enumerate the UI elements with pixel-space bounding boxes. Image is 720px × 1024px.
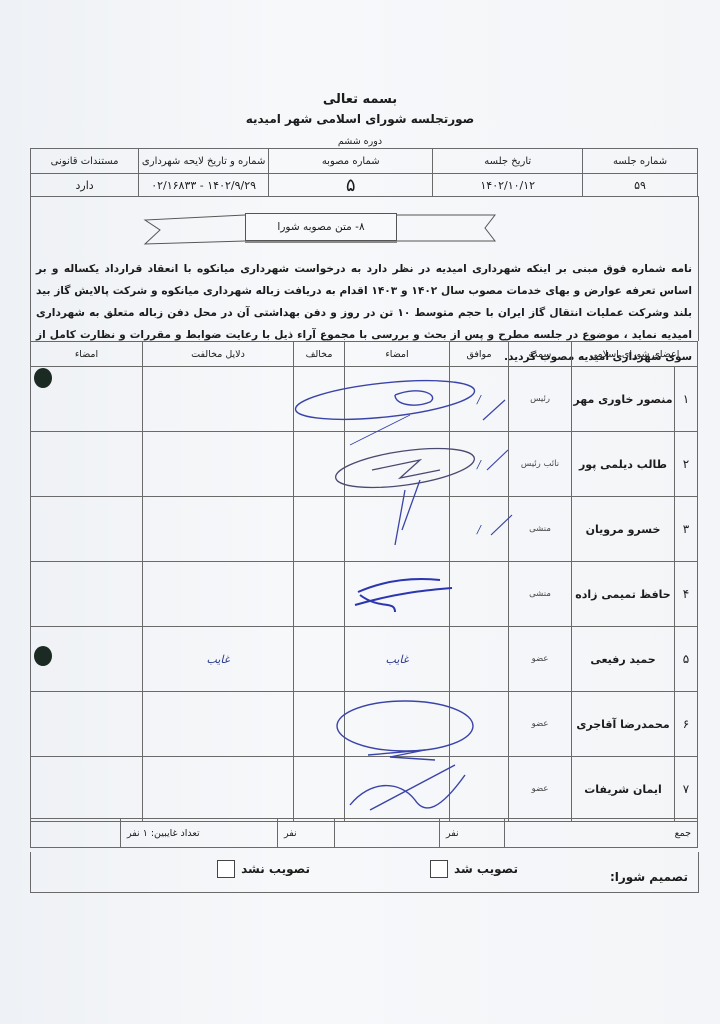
decision-label: تصمیم شورا: (610, 870, 688, 884)
table-row: ۴ حافظ تمیمی زاده منشی (31, 562, 698, 627)
row-number: ۶ (675, 692, 698, 757)
row-number: ۲ (675, 432, 698, 497)
total-label: جمع (505, 819, 698, 848)
member-position: عضو (509, 757, 572, 822)
agree-signature-total (335, 819, 440, 848)
member-position: منشی (509, 562, 572, 627)
agree-mark: / (450, 432, 509, 497)
member-name: منصور خاوری مهر (572, 367, 675, 432)
member-position: عضو (509, 692, 572, 757)
absent-note: غایب (143, 627, 294, 692)
member-name: طالب دیلمی پور (572, 432, 675, 497)
col-header-oppose: مخالف (294, 342, 345, 367)
meta-header: شماره و تاریخ لایحه شهرداری (139, 149, 269, 174)
invocation: بسمه تعالی (0, 92, 720, 107)
meta-table: شماره جلسه تاریخ جلسه شماره مصوبه شماره … (30, 148, 698, 197)
bill-number-date: ۱۴۰۲/۹/۲۹ - ۰۲/۱۶۸۳۳ (139, 174, 269, 197)
rejected-option[interactable]: تصویب نشد (217, 860, 310, 878)
col-header-position: سمت (509, 342, 572, 367)
oppose-cell (294, 562, 345, 627)
summary-table: جمع نفر نفر تعداد غایبین: ۱ نفر (30, 818, 698, 848)
col-header-reasons: دلایل مخالفت (143, 342, 294, 367)
oppose-cell (294, 757, 345, 822)
agree-mark: / (450, 497, 509, 562)
meta-header: تاریخ جلسه (433, 149, 583, 174)
approved-option[interactable]: تصویب شد (430, 860, 518, 878)
col-header-signature: امضاء (345, 342, 450, 367)
agree-mark (450, 692, 509, 757)
summary-blank (31, 819, 121, 848)
oppose-cell (294, 692, 345, 757)
document-title: صورتجلسه شورای اسلامی شهر امیدیه (0, 112, 720, 126)
meta-header: شماره مصوبه (269, 149, 433, 174)
member-name: خسرو مرویان (572, 497, 675, 562)
agree-mark (450, 757, 509, 822)
col-header-signature-2: امضاء (31, 342, 143, 367)
agree-mark (450, 562, 509, 627)
agree-mark (450, 627, 509, 692)
rejected-label: تصویب نشد (241, 862, 310, 876)
signature-2-cell (31, 757, 143, 822)
signature-cell (345, 692, 450, 757)
legal-documents: دارد (31, 174, 139, 197)
member-position: منشی (509, 497, 572, 562)
reason-cell (143, 692, 294, 757)
member-position: نائب رئیس (509, 432, 572, 497)
signature-2-cell (31, 692, 143, 757)
signature-cell (345, 497, 450, 562)
resolution-number: ۵ (269, 174, 433, 197)
signature-2-cell (31, 367, 143, 432)
meta-header: شماره جلسه (583, 149, 698, 174)
absent-note: غایب (345, 627, 450, 692)
oppose-cell (294, 627, 345, 692)
member-name: حمید رفیعی (572, 627, 675, 692)
approved-label: تصویب شد (454, 862, 518, 876)
signature-2-cell (31, 432, 143, 497)
section-banner: ۸- متن مصوبه شورا (245, 213, 397, 241)
oppose-cell (294, 432, 345, 497)
signature-cell (345, 562, 450, 627)
agree-count: نفر (440, 819, 505, 848)
reason-cell (143, 432, 294, 497)
meta-header: مستندات قانونی (31, 149, 139, 174)
table-row: ۷ ایمان شریفات عضو (31, 757, 698, 822)
signature-2-cell (31, 562, 143, 627)
absent-count: تعداد غایبین: ۱ نفر (121, 819, 278, 848)
member-name: حافظ تمیمی زاده (572, 562, 675, 627)
row-number: ۴ (675, 562, 698, 627)
signature-cell (345, 432, 450, 497)
row-number: ۱ (675, 367, 698, 432)
signature-2-cell (31, 497, 143, 562)
oppose-count: نفر (278, 819, 335, 848)
row-number: ۵ (675, 627, 698, 692)
reason-cell (143, 562, 294, 627)
col-header-members: اعضای شورای اسلامی (572, 342, 698, 367)
signature-2-cell (31, 627, 143, 692)
col-header-agree: موافق (450, 342, 509, 367)
term-label: دوره ششم (0, 136, 720, 147)
session-date: ۱۴۰۲/۱۰/۱۲ (433, 174, 583, 197)
rejected-checkbox[interactable] (217, 860, 235, 878)
approved-checkbox[interactable] (430, 860, 448, 878)
scanned-page: بسمه تعالی صورتجلسه شورای اسلامی شهر امی… (0, 0, 720, 1024)
table-row: ۶ محمدرضا آقاجری عضو (31, 692, 698, 757)
table-row: ۲ طالب دیلمی پور نائب رئیس / (31, 432, 698, 497)
member-position: رئیس (509, 367, 572, 432)
table-row: ۱ منصور خاوری مهر رئیس / (31, 367, 698, 432)
table-row: ۵ حمید رفیعی عضو غایب غایب (31, 627, 698, 692)
session-number: ۵۹ (583, 174, 698, 197)
oppose-cell (294, 367, 345, 432)
member-name: محمدرضا آقاجری (572, 692, 675, 757)
oppose-cell (294, 497, 345, 562)
row-number: ۷ (675, 757, 698, 822)
votes-table: اعضای شورای اسلامی سمت موافق امضاء مخالف… (30, 341, 698, 822)
member-position: عضو (509, 627, 572, 692)
council-decision: تصمیم شورا: تصویب شد تصویب نشد (30, 852, 699, 893)
reason-cell (143, 757, 294, 822)
row-number: ۳ (675, 497, 698, 562)
table-row: ۳ خسرو مرویان منشی / (31, 497, 698, 562)
signature-cell (345, 367, 450, 432)
reason-cell (143, 367, 294, 432)
agree-mark: / (450, 367, 509, 432)
member-name: ایمان شریفات (572, 757, 675, 822)
reason-cell (143, 497, 294, 562)
signature-cell (345, 757, 450, 822)
